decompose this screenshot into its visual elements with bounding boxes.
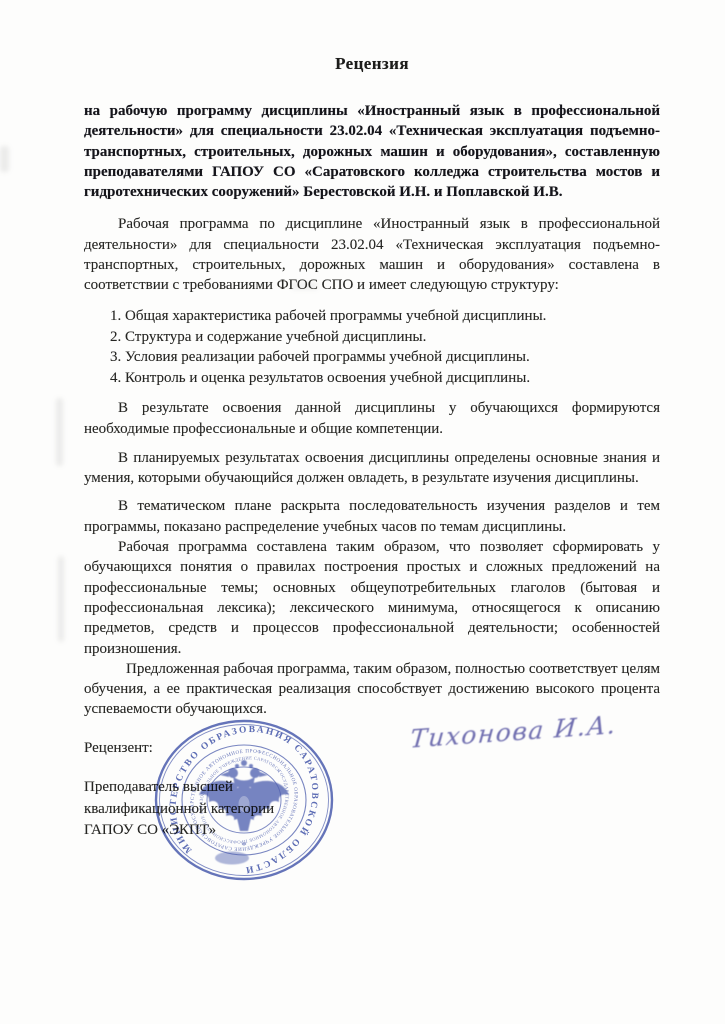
paragraph-composed: Рабочая программа составлена таким образ… [84, 537, 660, 659]
stamp-bottom-star: * [241, 840, 247, 852]
scan-artifact [58, 556, 64, 642]
structure-list-item-4: 4. Контроль и оценка результатов освоени… [110, 368, 660, 389]
paragraph-intro: на рабочую программу дисциплины «Иностра… [84, 101, 660, 202]
paragraph-planned: В планируемых результатах освоения дисци… [84, 448, 660, 489]
structure-list-item-3: 3. Условия реализации рабочей программы … [110, 347, 660, 368]
paragraph-conclusion: Предложенная рабочая программа, таким об… [84, 659, 660, 720]
structure-list-item-2: 2. Структура и содержание учебной дисцип… [110, 327, 660, 348]
eagle-shield [239, 796, 250, 812]
official-stamp: МИНИСТЕРСТВО ОБРАЗОВАНИЯ САРАТОВСКОЙ ОБЛ… [152, 717, 336, 883]
page-title: Рецензия [84, 54, 660, 74]
document-page: Рецензия на рабочую программу дисциплины… [0, 0, 725, 1024]
structure-list: 1. Общая характеристика рабочей программ… [110, 306, 660, 390]
document-body: Рецензия на рабочую программу дисциплины… [84, 0, 660, 720]
scan-artifact [0, 146, 9, 172]
paragraph-program: Рабочая программа по дисциплине «Иностра… [84, 214, 660, 295]
paragraph-thematic: В тематическом плане раскрыта последоват… [84, 496, 660, 537]
scan-artifact [292, 282, 318, 290]
scan-artifact [56, 398, 63, 466]
structure-list-item-1: 1. Общая характеристика рабочей программ… [110, 306, 660, 327]
paragraph-results: В результате освоения данной дисциплины … [84, 398, 660, 439]
stamp-ink-smudge [215, 852, 249, 865]
